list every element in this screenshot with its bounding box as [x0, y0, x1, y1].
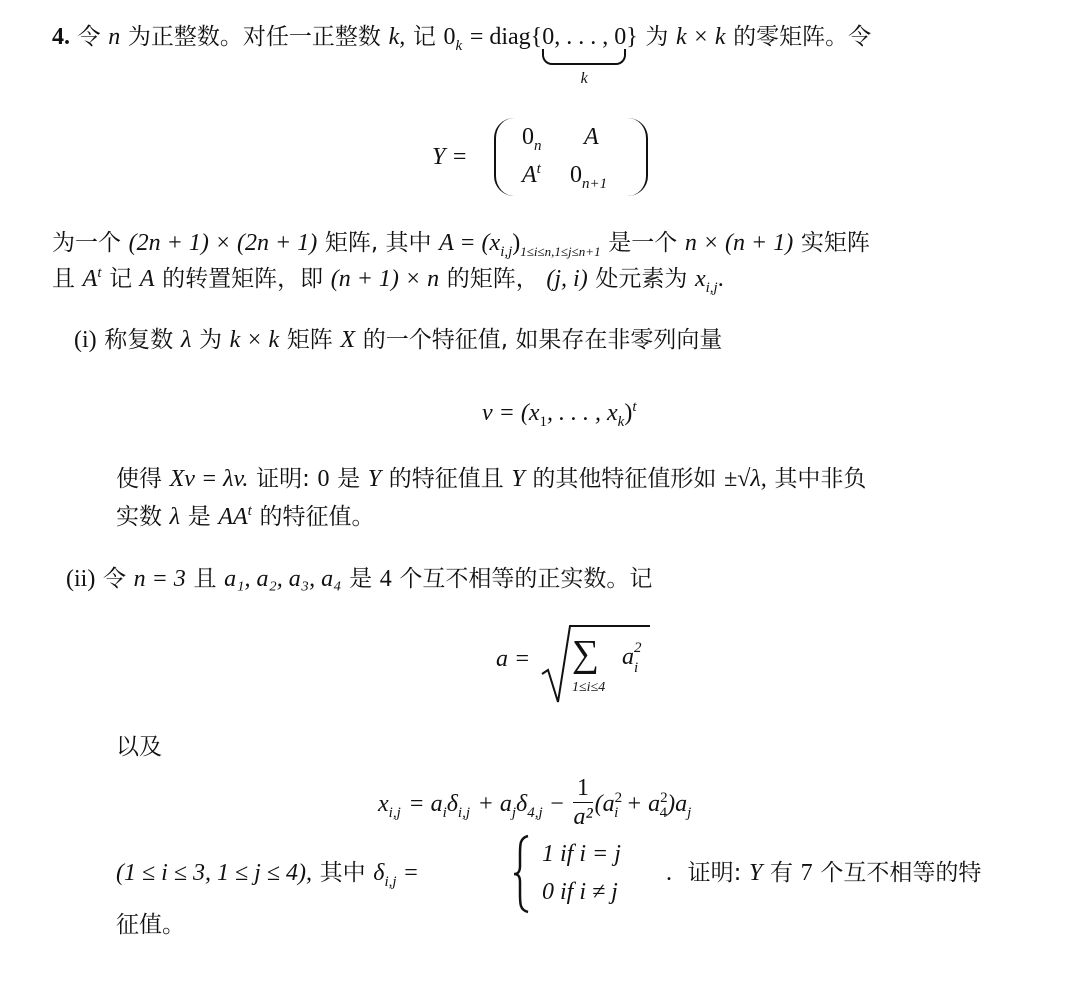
cell-val: A [522, 162, 537, 188]
cell-sup: t [537, 161, 541, 177]
period: . [718, 266, 724, 292]
text: 使得 [116, 466, 162, 492]
underbrace: 0, . . . , 0k [542, 25, 626, 49]
proof-claim: . 证明: Y 有 7 个互不相等的特 [666, 860, 981, 885]
text: 有 [770, 860, 793, 886]
diag-content: 0, . . . , 0 [542, 24, 626, 50]
math-eq: Xv = λv. [170, 466, 249, 492]
matrix-cell-12: A [584, 124, 599, 151]
numerator: 1 [573, 776, 592, 803]
text: 的转置矩阵，即 [162, 266, 323, 292]
part-label: (i) [74, 327, 97, 353]
text: 实数 [116, 504, 162, 530]
s: 2 [615, 790, 623, 806]
matrix-lhs: Y = [432, 144, 468, 171]
math-Y: Y [749, 860, 762, 886]
math-X: X [340, 327, 355, 353]
math-n: n [108, 24, 120, 50]
math-zero: 0 [317, 466, 329, 492]
math-range-sub: 1≤i≤n,1≤j≤n+1 [520, 244, 600, 259]
s: j [687, 805, 691, 821]
math-sub: k [456, 38, 463, 54]
math-delta: δ [373, 860, 384, 886]
para1-line2: 且 At 记 A 的转置矩阵，即 (n + 1) × n 的矩阵， (j, i)… [52, 266, 724, 291]
math-x: x [695, 266, 706, 292]
math-sup: t [248, 503, 252, 519]
text: 令 [103, 566, 126, 592]
vector-v-equation: v = (x1, . . . , xk)t [482, 400, 637, 425]
and-text: 以及 [116, 736, 162, 759]
text: 的特征值且 [389, 466, 504, 492]
denominator: a² [573, 803, 592, 829]
part-i-line1: (i) 称复数 λ 为 k × k 矩阵 X 的一个特征值, 如果存在非零列向量 [74, 327, 722, 352]
text: 为 [645, 24, 668, 50]
math-dim: (n + 1) × n [331, 266, 439, 292]
math-dim2: n × (n + 1) [685, 230, 793, 256]
x-ij-formula: xi,j = aiδi,j + ajδ4,j − 1a²(a2i + a24)a… [378, 778, 691, 831]
math-AA: AA [218, 504, 247, 530]
text: 是 [349, 566, 372, 592]
math-eq: = [404, 860, 418, 886]
text: 处元素为 [595, 266, 687, 292]
text: 为 [199, 327, 222, 353]
sub: i,j [384, 874, 396, 890]
math-v: v = (x [482, 400, 540, 426]
m: + a [626, 791, 660, 817]
problem-number: 4. [52, 24, 70, 50]
part-ii-line1: (ii) 令 n = 3 且 a₁, a₂, a₃, a₄ 是 4 个互不相等的… [66, 566, 652, 591]
m: + a [478, 791, 512, 817]
math-sub: i,j [706, 280, 718, 296]
math-range: (1 ≤ i ≤ 3, 1 ≤ j ≤ 4), [116, 860, 312, 886]
left-paren-icon [494, 118, 514, 196]
text: 是 [337, 466, 360, 492]
math-four: 4 [380, 566, 392, 592]
term: a [622, 644, 634, 670]
cell-sub: n+1 [582, 176, 607, 192]
text: 记 [413, 24, 436, 50]
math-mid: , . . . , x [547, 400, 618, 426]
problem-intro-line: 4. 令 n 为正整数。对任一正整数 k, 记 0k = diag{0, . .… [52, 24, 871, 49]
math-close: } [626, 24, 638, 50]
text: 个互不相等的特 [820, 860, 981, 886]
math-pm-sqrt: ±√λ, [724, 466, 767, 492]
left-brace-icon [512, 834, 532, 914]
math-A: A = (x [439, 230, 500, 256]
text: 令 [78, 24, 101, 50]
text: 其中 [320, 860, 366, 886]
math-sup: t [632, 399, 636, 415]
fraction: 1a² [573, 776, 592, 829]
text: 的特征值。 [259, 504, 374, 530]
math-Y: Y [511, 466, 524, 492]
period: . [666, 860, 672, 886]
text: 证明: [688, 860, 742, 886]
m: − [550, 791, 564, 817]
sub: i [634, 660, 638, 677]
sup: 2 [634, 640, 642, 657]
text: 实矩阵 [801, 230, 870, 256]
math-A: A [140, 266, 155, 292]
text: 矩阵, 其中 [325, 230, 432, 256]
math-sub: i,j [500, 244, 512, 260]
case-1: 1 if i = j [542, 842, 621, 866]
text: 的矩阵， [447, 266, 539, 292]
m: )a [667, 791, 687, 817]
cell-sub: n [534, 138, 542, 154]
text: 其中非负 [774, 466, 866, 492]
matrix-cell-21: At [522, 162, 541, 189]
text: 矩阵 [287, 327, 333, 353]
math-kxk: k × k [230, 327, 280, 353]
part-i-line3: 使得 Xv = λv. 证明: 0 是 Y 的特征值且 Y 的其他特征值形如 ±… [116, 466, 866, 491]
text: 且 [193, 566, 216, 592]
math-lambda: λ [170, 504, 180, 530]
text: 是 [188, 504, 211, 530]
text: 为一个 [52, 230, 121, 256]
text: 个互不相等的正实数。记 [399, 566, 652, 592]
delta-definition-line: (1 ≤ i ≤ 3, 1 ≤ j ≤ 4), 其中 δi,j = [116, 860, 418, 885]
matrix-cell-11: 0n [522, 124, 542, 151]
text: 的零矩阵。令 [733, 24, 871, 50]
para1-line1: 为一个 (2n + 1) × (2n + 1) 矩阵, 其中 A = (xi,j… [52, 230, 870, 255]
math-Y: Y [368, 466, 381, 492]
math-dim: (2n + 1) × (2n + 1) [129, 230, 318, 256]
text: 记 [109, 266, 132, 292]
sum-icon: ∑ [572, 632, 599, 676]
text: 证明: [256, 466, 310, 492]
math-a-list: a₁, a₂, a₃, a₄ [224, 566, 341, 592]
math-A: A [83, 266, 98, 292]
underbrace-label: k [581, 71, 588, 87]
s: i [614, 805, 618, 821]
right-paren-icon [628, 118, 648, 196]
part-label: (ii) [66, 566, 95, 592]
math-seven: 7 [801, 860, 813, 886]
math-n-eq: n = 3 [134, 566, 186, 592]
s: 4,j [527, 805, 542, 821]
s: i,j [458, 805, 470, 821]
part-i-line4: 实数 λ 是 AAt 的特征值。 [116, 504, 374, 529]
m: = a [408, 791, 442, 817]
math-a-eq: a = [496, 646, 530, 673]
m: x [378, 791, 389, 817]
case-2: 0 if i ≠ j [542, 880, 618, 904]
m: δ [516, 791, 527, 817]
math-sup: t [97, 265, 101, 281]
math-sub: 1 [540, 414, 548, 430]
math-zero: 0 [444, 24, 456, 50]
sum-range: 1≤i≤4 [572, 680, 605, 696]
cell-val: 0 [522, 124, 534, 150]
a-definition: a = ∑ 1≤i≤4 a2i [496, 620, 666, 710]
underbrace-icon [542, 49, 626, 65]
math-ji: (j, i) [546, 266, 587, 292]
text: 的一个特征值, 如果存在非零列向量 [363, 327, 723, 353]
final-text: 征值。 [116, 914, 185, 937]
s: i,j [389, 805, 401, 821]
cell-val: 0 [570, 162, 582, 188]
m: δ [447, 791, 458, 817]
math-kxk: k × k [676, 24, 726, 50]
text: 的其他特征值形如 [532, 466, 716, 492]
text: 称复数 [104, 327, 173, 353]
matrix-cell-22: 0n+1 [570, 162, 607, 189]
text: 为正整数。对任一正整数 [128, 24, 381, 50]
m: (a [595, 791, 615, 817]
math-k: k, [389, 24, 406, 50]
text: 且 [52, 266, 75, 292]
math-lambda: λ [181, 327, 191, 353]
text: 是一个 [608, 230, 677, 256]
sum-term: a2i [622, 644, 634, 671]
math-diag: = diag{ [470, 24, 542, 50]
